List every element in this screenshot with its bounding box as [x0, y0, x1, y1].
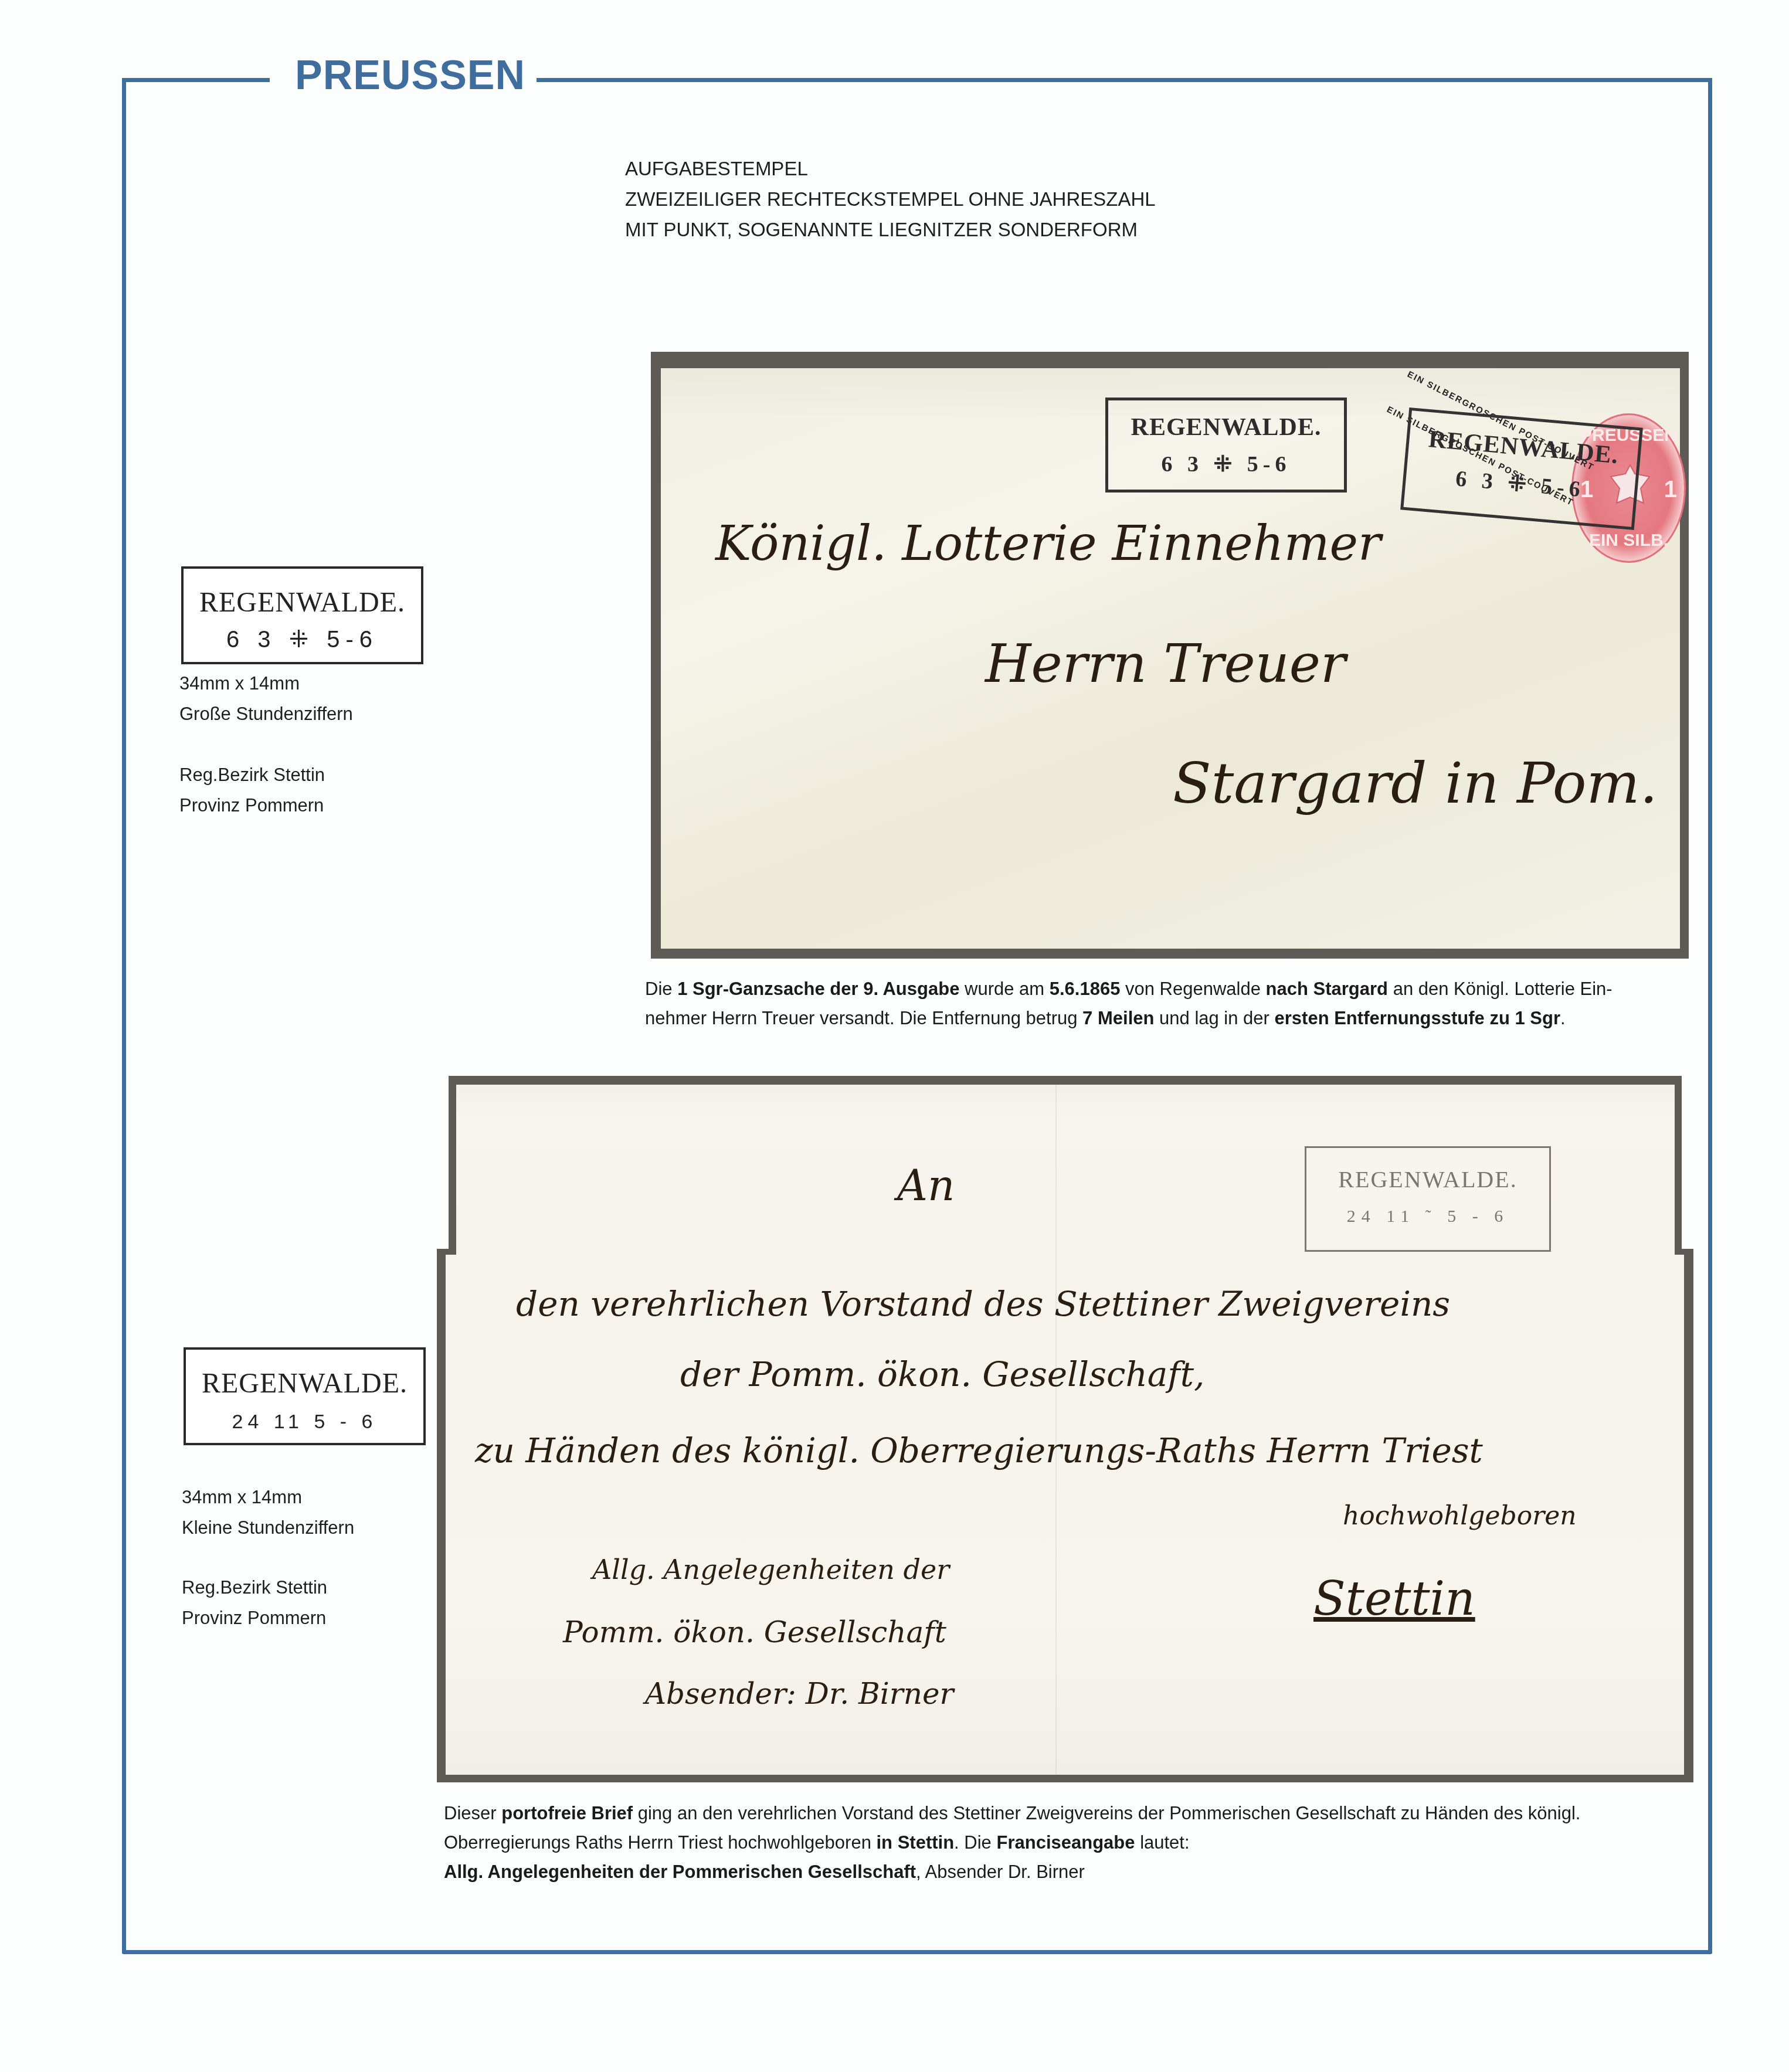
cover-2-sender-line-3: Absender: Dr. Birner	[645, 1677, 953, 1711]
cover-2-address-line-3: zu Händen des königl. Oberregierungs-Rat…	[475, 1431, 1483, 1470]
postmark-date: 24 11 ˜ 5 - 6	[1306, 1207, 1549, 1227]
cover-1-postmark-1: REGENWALDE. 6 3 ⁜ 5-6	[1105, 398, 1347, 492]
header-line-2: ZWEIZEILIGER RECHTECKSTEMPEL OHNE JAHRES…	[625, 188, 1156, 211]
replica-district: Reg.Bezirk Stettin	[182, 1572, 327, 1603]
cover-2-address-line-2: der Pomm. ökon. Gesellschaft,	[680, 1354, 1205, 1394]
indicium-denomination: EIN SILB.	[1573, 531, 1684, 551]
postmark-town: REGENWALDE.	[1306, 1166, 1549, 1193]
header-line-1: AUFGABESTEMPEL	[625, 157, 808, 181]
frame-top-left-rule	[122, 78, 270, 82]
cover-2-fold-line	[1055, 1085, 1057, 1775]
cover-2-address-line-4: hochwohlgeboren	[1343, 1501, 1577, 1531]
cover-1-postmark-2: REGENWALDE. 6 3 ⁜ 5-6	[1400, 407, 1643, 530]
cover-2-caption-line-3: Allg. Angelegenheiten der Pommerischen G…	[444, 1857, 1085, 1887]
stamp-replica-small-hours: REGENWALDE. 24 11 5 - 6	[184, 1347, 426, 1445]
replica-size: 34mm x 14mm	[179, 668, 300, 699]
replica-variant: Große Stundenziffern	[179, 699, 353, 729]
cover-2-address-city: Stettin	[1313, 1571, 1475, 1626]
indicium-value-right: 1	[1664, 477, 1677, 503]
cover-2-postmark: REGENWALDE. 24 11 ˜ 5 - 6	[1305, 1146, 1551, 1252]
replica-variant: Kleine Stundenziffern	[182, 1513, 354, 1543]
replica-town-name: REGENWALDE.	[186, 1367, 423, 1400]
cover-2-address-line-1: den verehrlichen Vorstand des Stettiner …	[516, 1284, 1450, 1324]
cover-1-address-line-1: Königl. Lotterie Einnehmer	[715, 516, 1381, 572]
frame-top-right-rule	[537, 78, 1712, 82]
page-title: PREUSSEN	[295, 52, 525, 98]
cover-2-sender-line-1: Allg. Angelegenheiten der	[592, 1554, 949, 1585]
postmark-date: 6 3 ⁜ 5-6	[1108, 451, 1344, 477]
replica-date-line: 6 3 ⁜ 5-6	[184, 626, 421, 653]
replica-size: 34mm x 14mm	[182, 1482, 302, 1513]
cover-1-address-line-3: Stargard in Pom.	[1173, 750, 1658, 816]
replica-province: Provinz Pommern	[179, 790, 324, 821]
cover-2-caption-line-2: Oberregierungs Raths Herrn Triest hochwo…	[444, 1828, 1190, 1857]
replica-town-name: REGENWALDE.	[184, 586, 421, 619]
replica-date-line: 24 11 5 - 6	[186, 1411, 423, 1434]
header-line-3: MIT PUNKT, SOGENANNTE LIEGNITZER SONDERF…	[625, 218, 1138, 242]
cover-2-caption-line-1: Dieser portofreie Brief ging an den vere…	[444, 1799, 1580, 1828]
replica-district: Reg.Bezirk Stettin	[179, 760, 325, 790]
cover-1-caption-line-1: Die 1 Sgr-Ganzsache der 9. Ausgabe wurde…	[645, 974, 1613, 1004]
cover-2-sender-line-2: Pomm. ökon. Gesellschaft	[563, 1615, 946, 1649]
cover-1-address-line-2: Herrn Treuer	[985, 633, 1346, 695]
replica-province: Provinz Pommern	[182, 1603, 326, 1633]
postmark-town: REGENWALDE.	[1108, 413, 1344, 441]
cover-2-address-an: An	[897, 1161, 955, 1210]
cover-1-caption-line-2: nehmer Herrn Treuer versandt. Die Entfer…	[645, 1004, 1566, 1033]
stamp-replica-large-hours: REGENWALDE. 6 3 ⁜ 5-6	[181, 566, 423, 664]
